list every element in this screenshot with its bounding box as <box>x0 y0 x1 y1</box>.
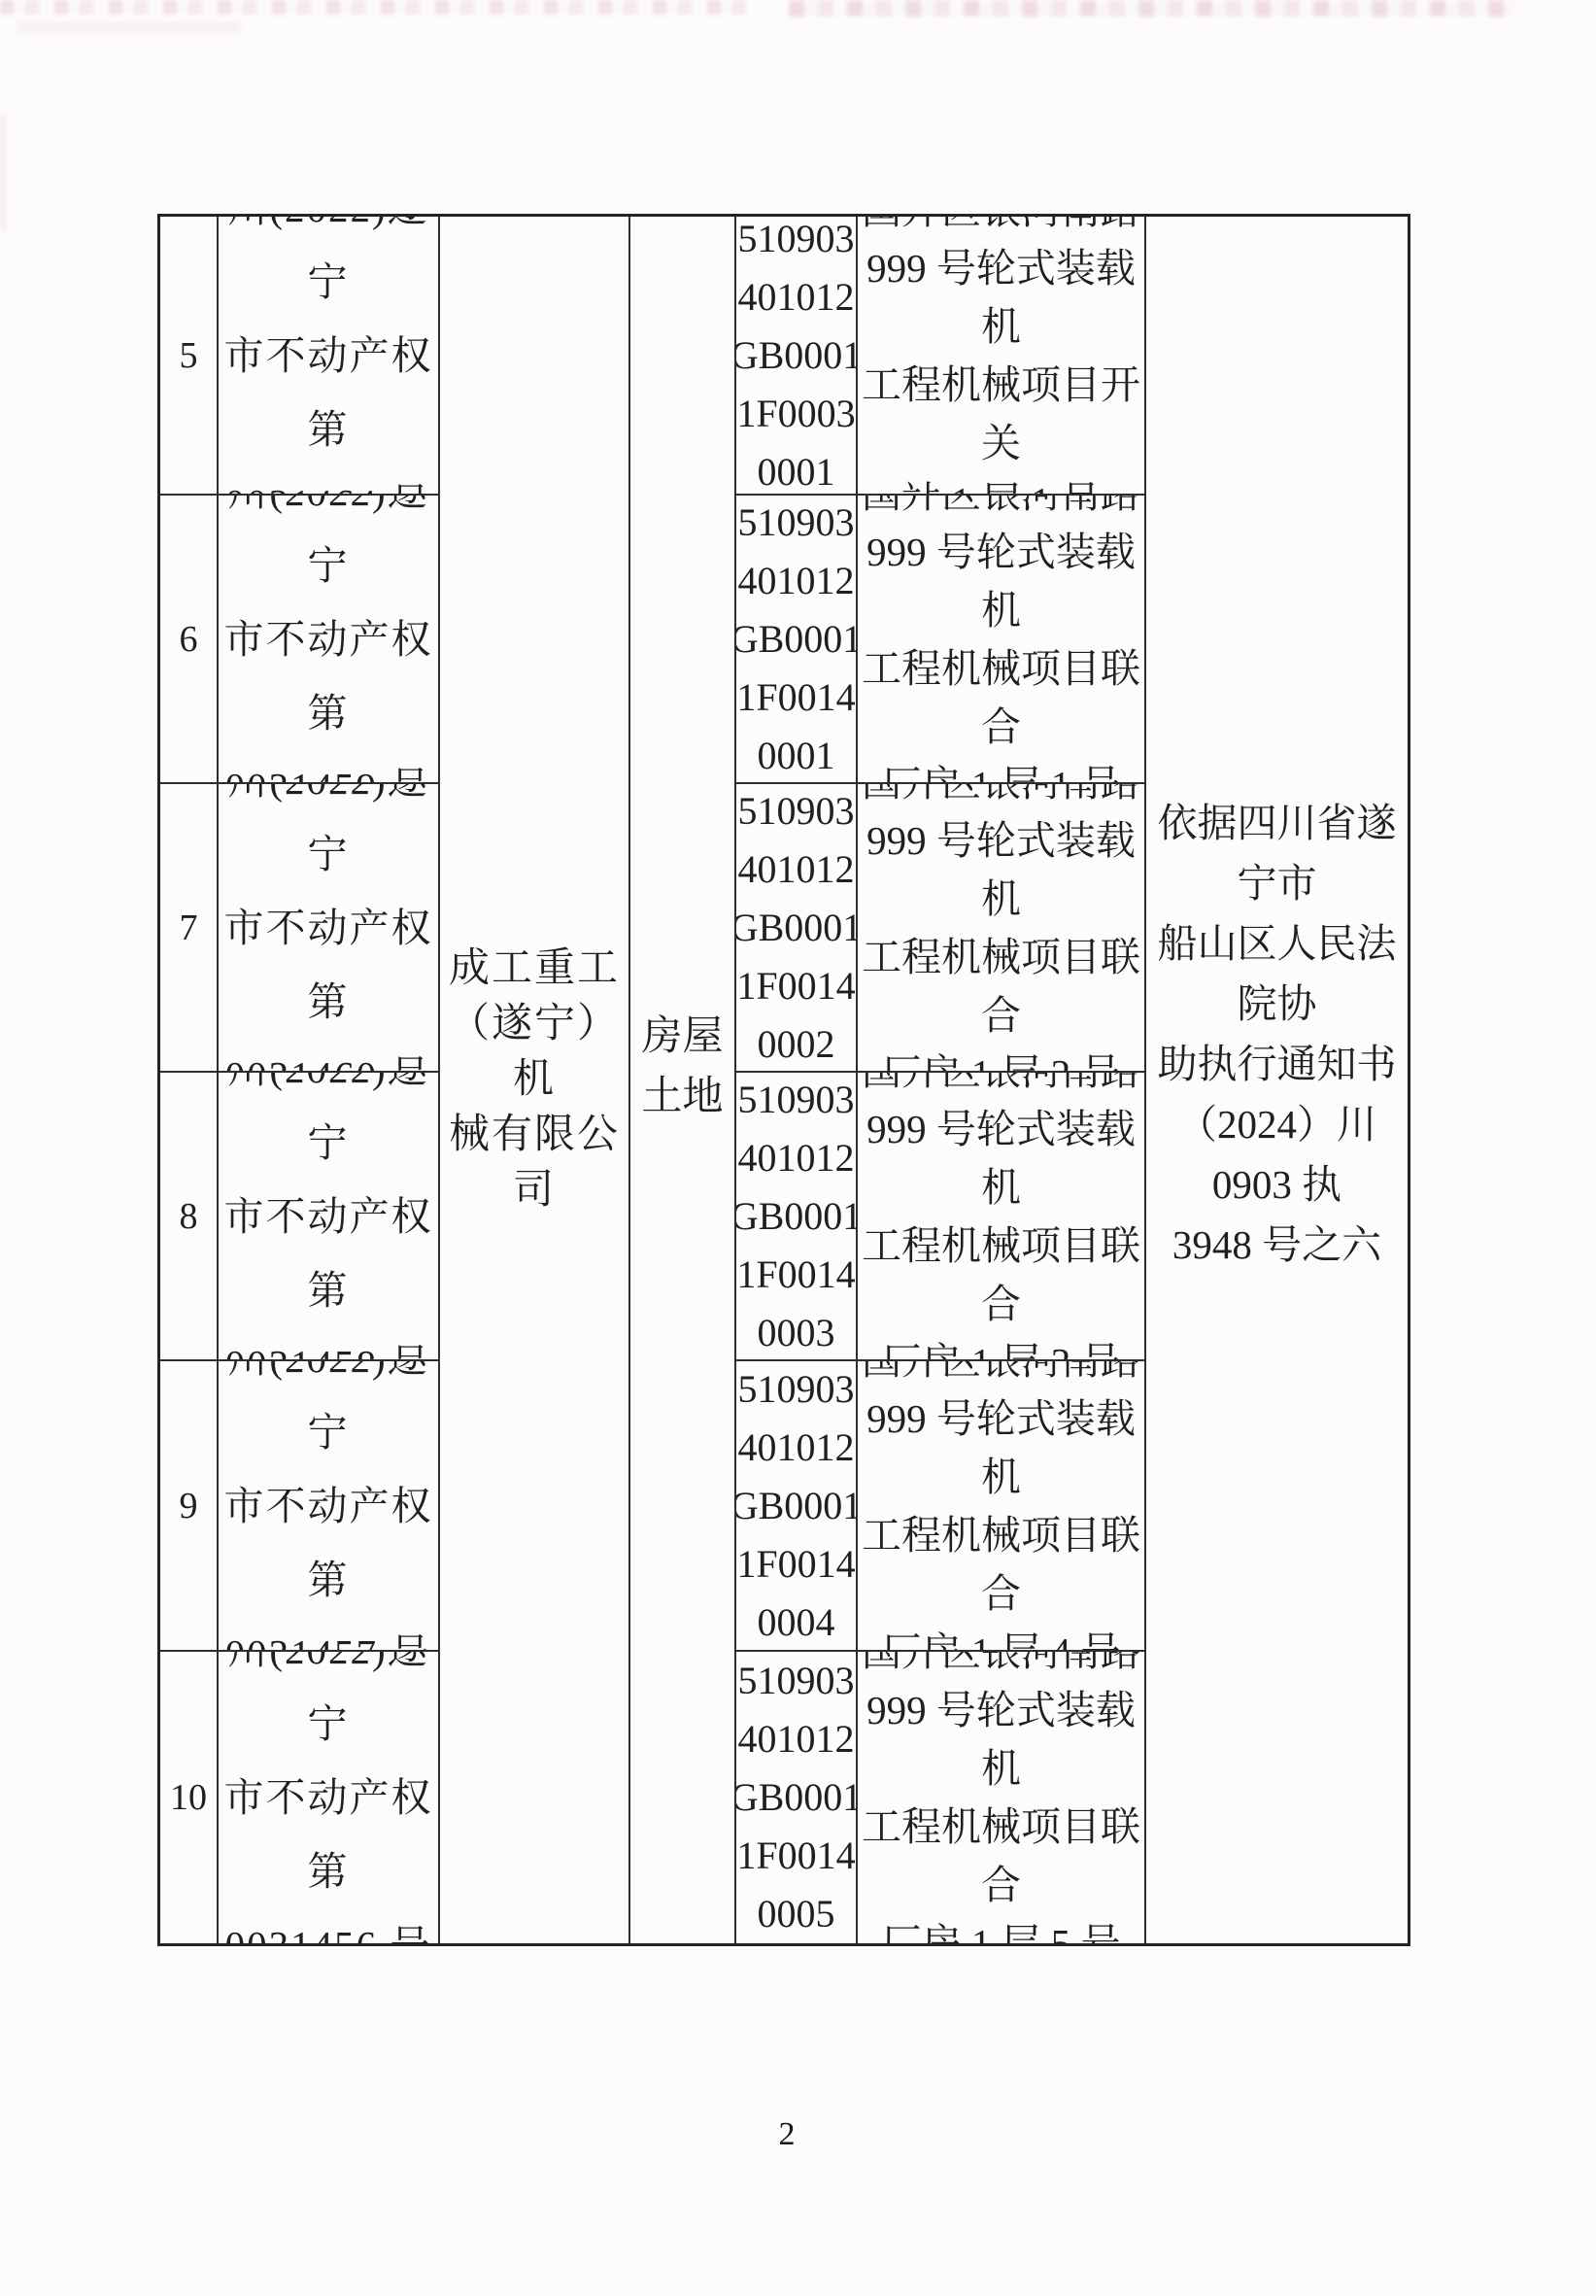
cert-number-cell: 川(2022)遂宁 市不动产权第 0031459 号 <box>219 496 440 784</box>
scan-artifact-top-right <box>789 0 1515 17</box>
parcel-code-cell: 510903 401012 GB0001 1F0014 0003 <box>736 1073 858 1361</box>
property-type-text: 房屋 土地 <box>641 1007 723 1127</box>
parcel-code-cell: 510903 401012 GB0001 1F0014 0002 <box>736 784 858 1073</box>
address-cell: 国开区银河南路 999 号轮式装载机 工程机械项目联合 厂房 1 层 4 号 <box>858 1361 1146 1652</box>
owner-cell: 成工重工 （遂宁）机 械有限公司 <box>440 217 630 1943</box>
parcel-code-cell: 510903 401012 GB0001 1F0014 0005 <box>736 1652 858 1943</box>
address-cell: 国开区银河南路 999 号轮式装载机 工程机械项目联合 厂房 1 层 2 号 <box>858 784 1146 1073</box>
address-cell: 国开区银河南路 999 号轮式装载机 工程机械项目联合 厂房 1 层 5 号 <box>858 1652 1146 1943</box>
scan-artifact-smudge <box>17 21 241 33</box>
address-cell: 国开区银河南路 999 号轮式装载机 工程机械项目联合 厂房 1 层 1 号 <box>858 496 1146 784</box>
cert-number-cell: 川(2022)遂宁 市不动产权第 0031458 号 <box>219 1073 440 1361</box>
address-cell: 国开区银河南路 999 号轮式装载机 工程机械项目开关 站 1 层 1 号 <box>858 217 1146 496</box>
property-type-cell: 房屋 土地 <box>630 217 736 1943</box>
document-page: 成工重工 （遂宁）机 械有限公司 房屋 土地 依据四川省遂宁市 船山区人民法院协… <box>0 0 1596 2296</box>
row-seq: 7 <box>160 784 219 1073</box>
legal-basis-text: 依据四川省遂宁市 船山区人民法院协 助执行通知书 （2024）川 0903 执 … <box>1146 793 1408 1275</box>
property-seizure-table: 成工重工 （遂宁）机 械有限公司 房屋 土地 依据四川省遂宁市 船山区人民法院协… <box>157 214 1410 1946</box>
scan-artifact-top-left <box>0 0 748 15</box>
page-number: 2 <box>748 2116 826 2153</box>
cert-number-cell: 川(2022)遂宁 市不动产权第 0031456 号 <box>219 1652 440 1943</box>
scan-artifact-left-edge <box>0 115 7 231</box>
row-seq: 10 <box>160 1652 219 1943</box>
parcel-code-cell: 510903 401012 GB0001 1F0003 0001 <box>736 217 858 496</box>
row-seq: 9 <box>160 1361 219 1652</box>
cert-number-cell: 川(2022)遂宁 市不动产权第 0031460 号 <box>219 784 440 1073</box>
row-seq: 8 <box>160 1073 219 1361</box>
parcel-code-cell: 510903 401012 GB0001 1F0014 0001 <box>736 496 858 784</box>
row-seq: 5 <box>160 217 219 496</box>
address-cell: 国开区银河南路 999 号轮式装载机 工程机械项目联合 厂房 1 层 3 号 <box>858 1073 1146 1361</box>
cert-number-cell: 川(2022)遂宁 市不动产权第 0031457 号 <box>219 1361 440 1652</box>
legal-basis-cell: 依据四川省遂宁市 船山区人民法院协 助执行通知书 （2024）川 0903 执 … <box>1146 217 1408 1943</box>
cert-number-cell: 川(2022)遂宁 市不动产权第 0031464 号 <box>219 217 440 496</box>
row-seq: 6 <box>160 496 219 784</box>
parcel-code-cell: 510903 401012 GB0001 1F0014 0004 <box>736 1361 858 1652</box>
